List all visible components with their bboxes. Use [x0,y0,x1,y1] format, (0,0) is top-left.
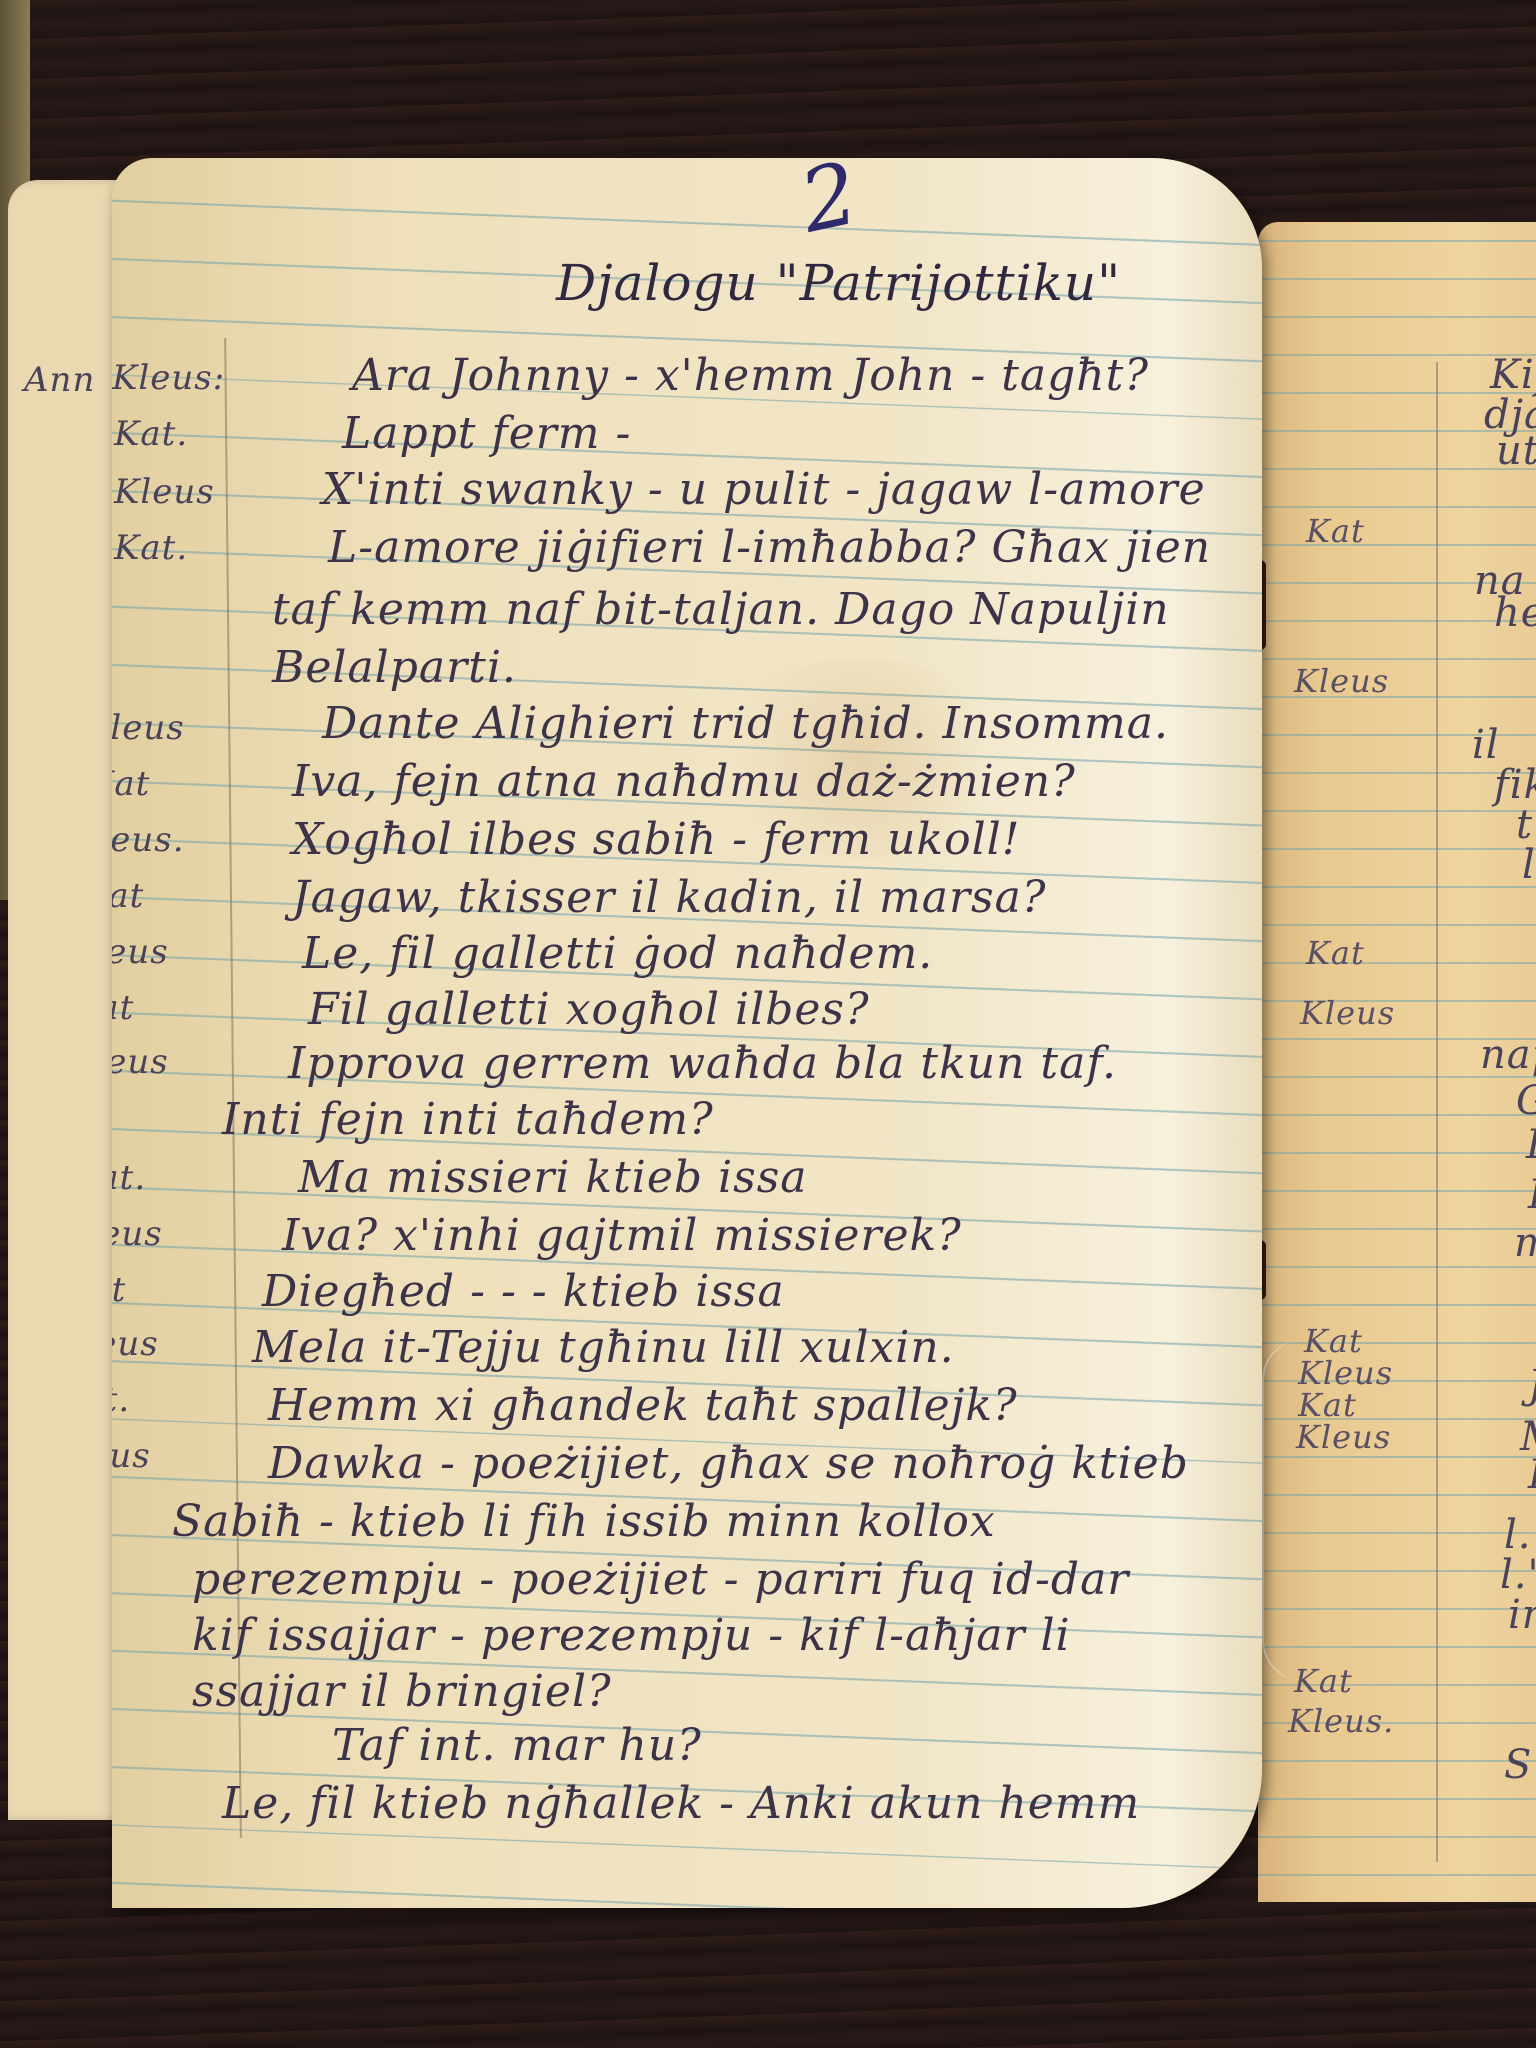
dialogue-line: Taf int. mar hu? [332,1720,702,1771]
photo-scene: Ann Kat Kleus Kat Kleus Kat Kleus Kat Kl… [0,0,1536,2048]
right-text-fragment: I [1528,1452,1536,1498]
speaker-label: Kat. [112,1380,130,1420]
dialogue-line: perezempju - poeżijiet - pariri fuq id-d… [192,1554,1129,1605]
speaker-label: Kleus [112,1324,159,1364]
binding-thread [1262,1340,1304,1680]
dialogue-line: Dawka - poeżijiet, għax se noħroġ ktieb [268,1438,1189,1489]
speaker-label: Kat. [112,1158,146,1198]
right-speaker: Kat [1306,934,1365,972]
speaker-label: Kat. [114,528,188,568]
dialogue-line: Inti fejn inti taħdem? [222,1094,714,1145]
right-text-fragment: ut [1496,428,1536,474]
speaker-label: Kleus [114,472,215,512]
dialogue-line: Iva, fejn atna naħdmu daż-żmien? [292,756,1076,807]
speaker-label: Kleus [112,708,185,748]
speaker-label: Kleus [112,1436,151,1476]
right-speaker: Kleus [1294,662,1389,700]
right-text-fragment: S [1504,1742,1532,1788]
dialogue-line: Ma missieri ktieb issa [298,1152,808,1203]
dialogue-line: Lappt ferm - [342,408,631,459]
right-text-fragment: m [1514,1220,1536,1266]
dialogue-line: Ara Johnny - x'hemm John - tagħt? [352,350,1149,401]
dialogue-line: Diegħed - - - ktieb issa [262,1266,785,1317]
notebook-page: 2 Djalogu "Patrijottiku" Kleus: Ara John… [112,158,1262,1908]
dialogue-line: Sabiħ - ktieb li fih issib minn kollox [172,1496,996,1547]
dialogue-line: Ipprova gerrem waħda bla tkun taf. [288,1038,1117,1089]
speaker-label: Kleus. [112,820,185,860]
speaker-label: Kleus: [112,358,225,398]
dialogue-line: taf kemm naf bit-taljan. Dago Napuljin [272,584,1170,635]
speaker-label: Kleus [112,1042,169,1082]
dialogue-line: Hemm xi għandek taħt spallejk? [268,1380,1018,1431]
dialogue-line: Le, fil galletti ġod naħdem. [302,928,933,979]
dialogue-line: kif issajjar - perezempju - kif l-aħjar … [192,1610,1071,1661]
dialogue-line: Mela it-Tejju tgħinu lill xulxin. [252,1322,955,1373]
dialogue-line: Fil galletti xogħol ilbes? [308,984,870,1035]
right-text-fragment: I [1528,1172,1536,1218]
dialogue-line: Belalparti. [272,642,517,693]
right-text-fragment: im [1508,1592,1536,1638]
right-text-fragment: L [1526,1122,1536,1168]
right-speaker: Kat [1306,512,1365,550]
speaker-label: Kat [112,988,134,1028]
dialogue-line: X'inti swanky - u pulit - jagaw l-amore [322,464,1206,515]
speaker-label: Kat [112,1270,126,1310]
right-text-fragment: nap [1480,1032,1536,1078]
speaker-label: Kat. [114,414,188,454]
dialogue-line: ssajjar il bringiel? [192,1666,612,1717]
dialogue-line: Iva? x'inhi gajtmil missierek? [282,1210,962,1261]
right-speaker: Kleus [1296,1418,1391,1456]
dialogue-line: L-amore jiġifieri l-imħabba? Għax jien [328,522,1211,573]
speaker-label: Kat [112,876,144,916]
dialogue-line: Jagaw, tkisser il kadin, il marsa? [292,872,1046,923]
right-text-fragment: Gj [1516,1078,1536,1124]
right-text-fragment: l [1522,842,1536,888]
dialogue-line: Xogħol ilbes sabiħ - ferm ukoll! [292,814,1020,865]
right-text-fragment: J [1528,1362,1536,1408]
previous-page-edge: Ann [8,180,128,1820]
right-text-fragment: he [1494,590,1536,636]
dialogue-line: Dante Alighieri trid tgħid. Insomma. [322,698,1169,749]
speaker-label: Kat [112,764,150,804]
right-speaker: Kleus [1300,994,1395,1032]
dialogue-line: Le, fil ktieb nġħallek - Anki akun hemm [222,1778,1140,1829]
right-speaker: Kleus. [1288,1702,1394,1740]
speaker-fragment: Ann [24,360,95,400]
margin-line [1436,362,1438,1862]
speaker-label: Kleus [112,932,169,972]
page-title: Djalogu "Patrijottiku" [556,254,1121,312]
speaker-label: Kleus [112,1214,163,1254]
